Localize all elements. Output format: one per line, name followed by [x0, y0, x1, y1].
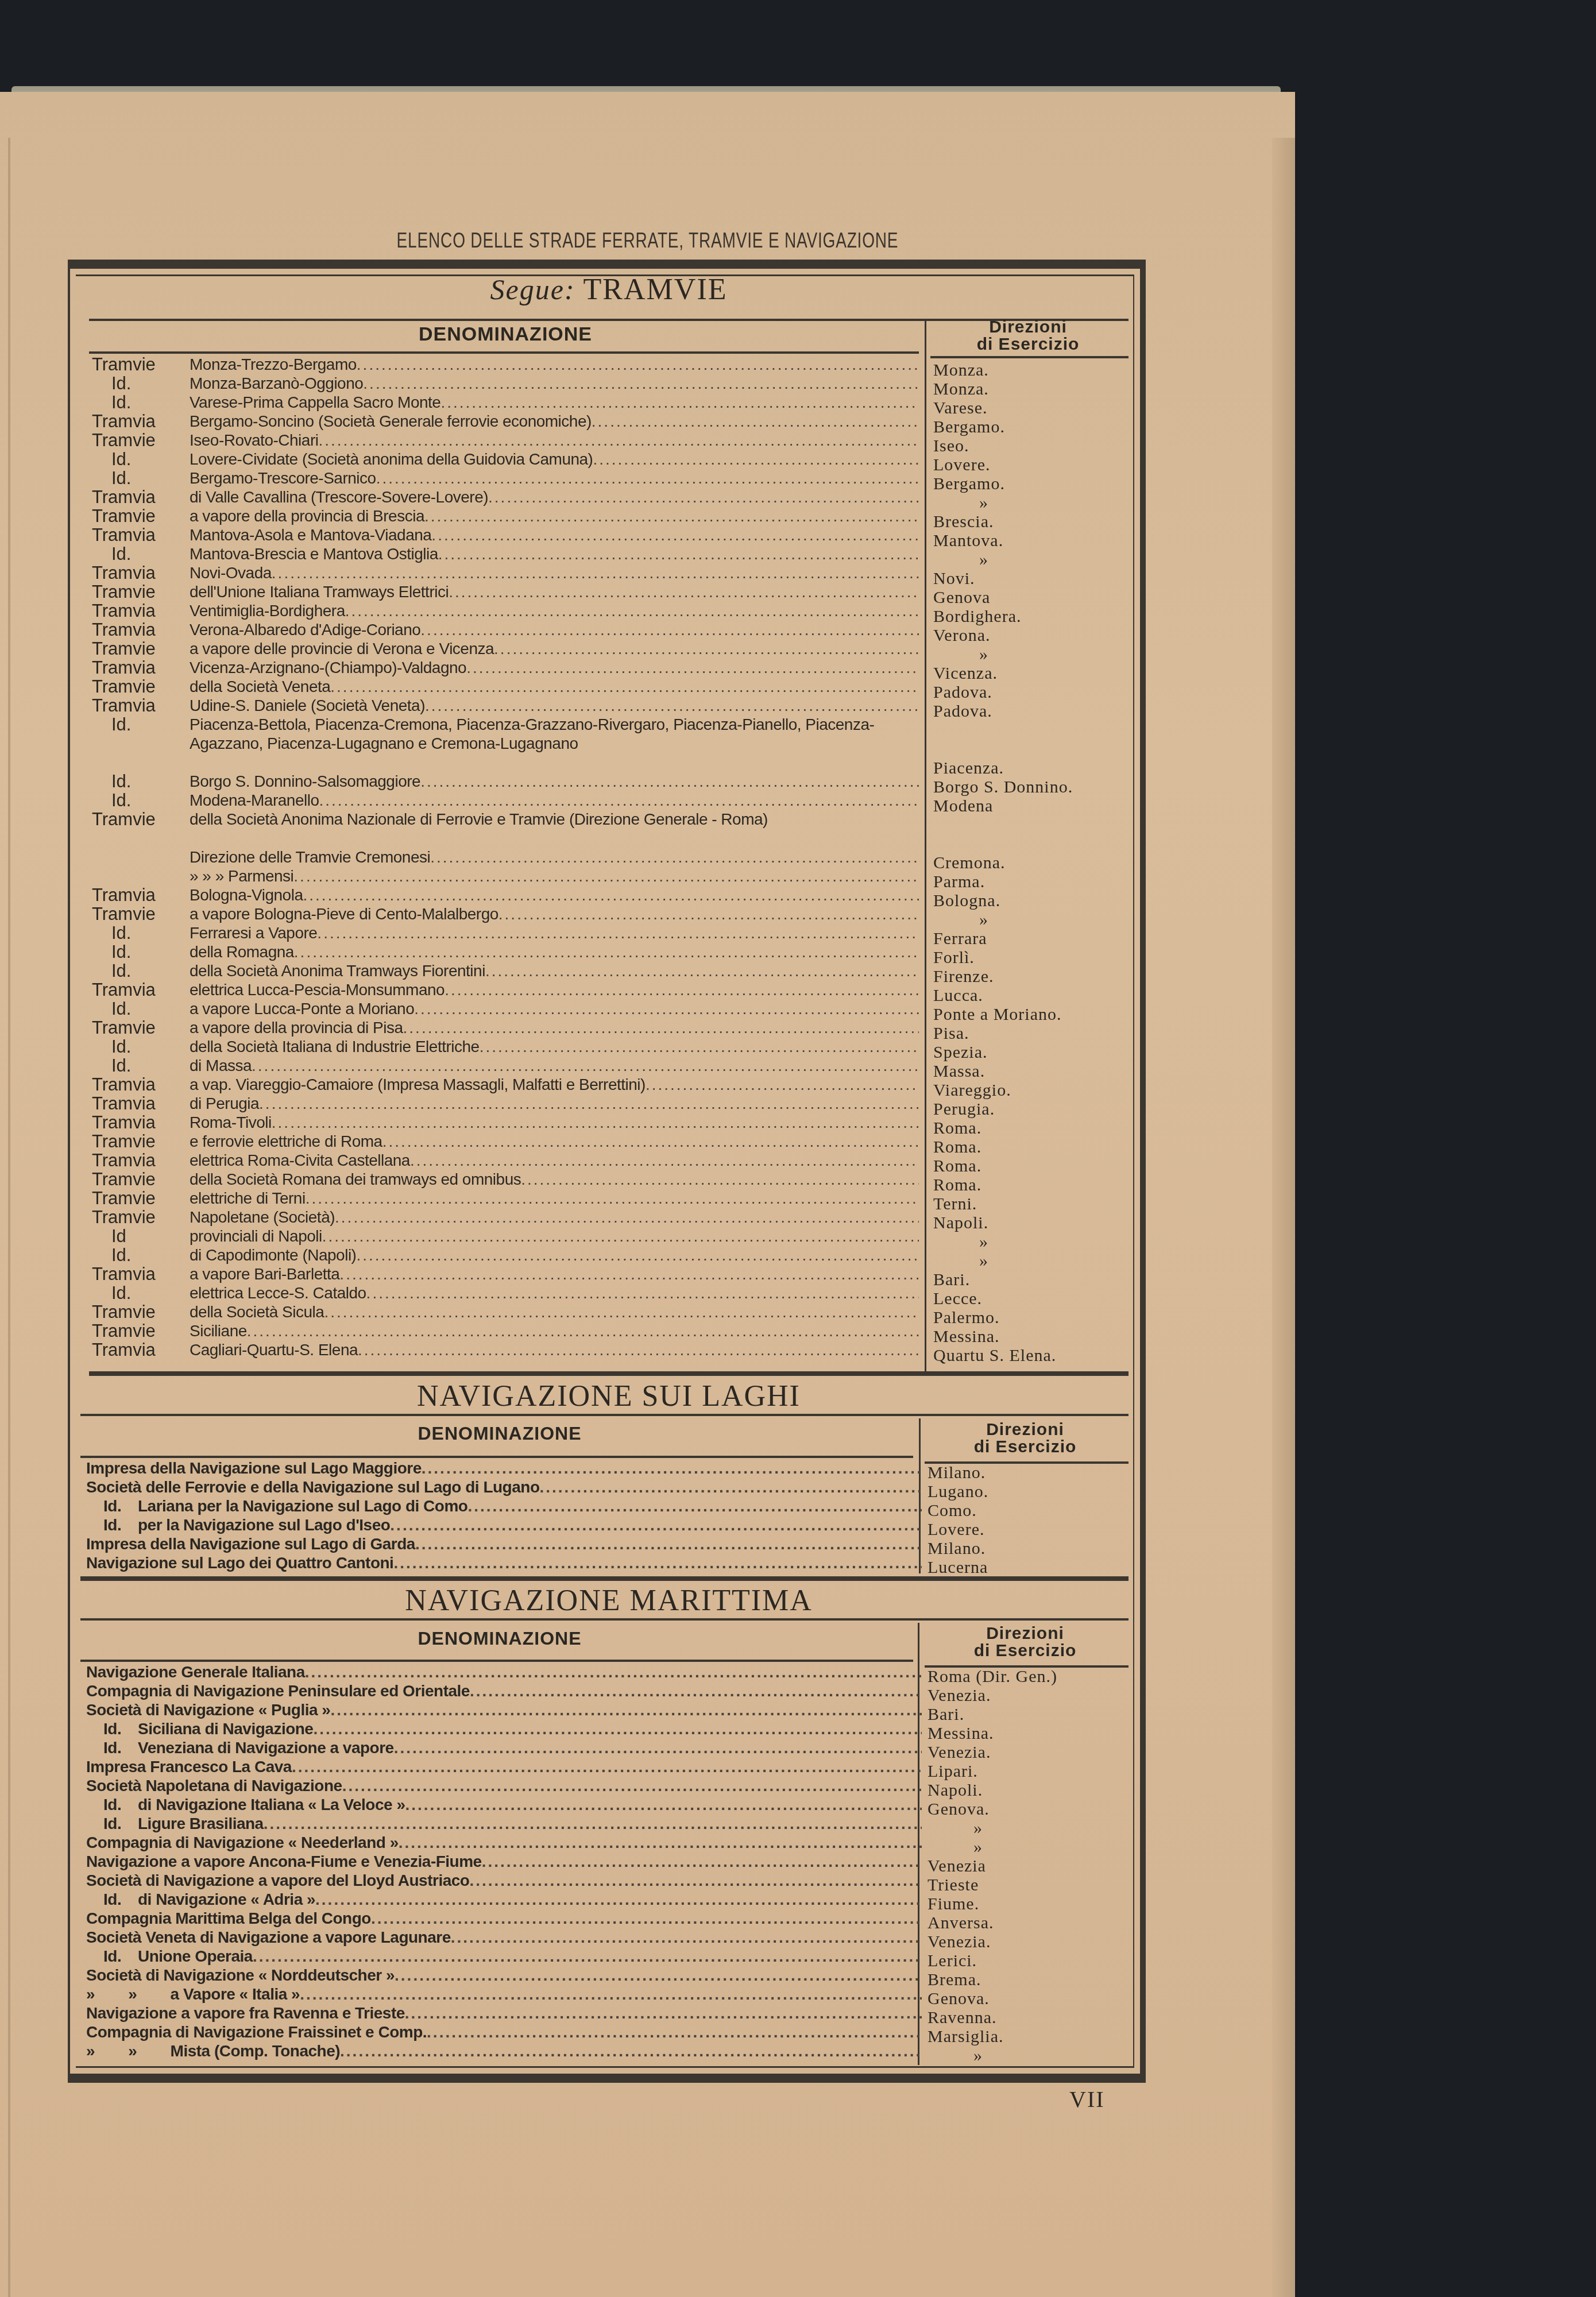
- row-text: Cagliari-Quartu-S. Elena: [190, 1340, 358, 1359]
- direzione-value: Bari.: [933, 1270, 1140, 1289]
- row-prefix: Tramvia: [92, 1075, 190, 1094]
- row-prefix: Tramvia: [92, 601, 190, 620]
- row-text: Udine-S. Daniele (Società Veneta): [190, 696, 425, 715]
- row-denominazione: Monza-Barzanò-Oggiono: [190, 374, 919, 393]
- row-text: Modena-Maranello: [190, 791, 319, 810]
- row-prefix: Tramvie: [92, 1208, 190, 1227]
- dot-leader: [440, 393, 919, 412]
- direzione-value: Novi.: [933, 569, 1140, 588]
- marittima-row: Navigazione a vapore fra Ravenna e Tries…: [86, 2004, 922, 2023]
- direzione-value: »: [933, 1232, 1140, 1251]
- dot-leader: [592, 412, 919, 431]
- row-text: Compagnia Marittima Belga del Congo: [86, 1909, 371, 1928]
- row-denominazione: di Perugia: [190, 1094, 919, 1113]
- row-text: Veneziana di Navigazione a vapore: [138, 1738, 394, 1757]
- dot-leader: [482, 1852, 922, 1871]
- dot-leader: [427, 2023, 922, 2041]
- row-denominazione: Vicenza-Arzignano-(Chiampo)-Valdagno: [190, 658, 919, 677]
- direzione-value: Padova.: [933, 683, 1140, 702]
- spacer: [933, 721, 1140, 740]
- dot-leader: [424, 506, 919, 525]
- row-text: Verona-Albaredo d'Adige-Coriano: [190, 620, 420, 639]
- row-denominazione: provinciali di Napoli: [190, 1227, 919, 1246]
- row-denominazione: Varese-Prima Cappella Sacro Monte: [190, 393, 919, 412]
- direzione-value: Palermo.: [933, 1308, 1140, 1327]
- row-prefix: Id.: [86, 1890, 138, 1909]
- marittima-row: Id.Veneziana di Navigazione a vapore: [86, 1738, 922, 1757]
- row-denominazione: Lovere-Cividate (Società anonima della G…: [190, 450, 919, 469]
- tramvie-row: Direzione delle Tramvie Cremonesi: [92, 848, 919, 867]
- row-denominazione: a vapore Bari-Barletta: [190, 1264, 919, 1283]
- row-denominazione: Novi-Ovada: [190, 563, 919, 582]
- dot-leader: [394, 1738, 922, 1757]
- row-text: Compagnia di Navigazione Peninsulare ed …: [86, 1681, 470, 1700]
- direzione-value: »: [933, 910, 1140, 929]
- row-text: Bergamo-Soncino (Società Generale ferrov…: [190, 412, 592, 431]
- tramvie-row: Tramviedell'Unione Italiana Tramways Ele…: [92, 582, 919, 601]
- tramvie-row: Tramviaa vapore Bari-Barletta: [92, 1264, 919, 1283]
- row-denominazione: della Società Romana dei tramways ed omn…: [190, 1170, 919, 1189]
- dot-leader: [420, 772, 919, 791]
- row-denominazione: Siciliane: [190, 1321, 919, 1340]
- tramvie-row: Id.Varese-Prima Cappella Sacro Monte: [92, 393, 919, 412]
- row-denominazione: a vapore della provincia di Pisa: [190, 1018, 919, 1037]
- row-prefix: Tramvia: [92, 525, 190, 544]
- direzione-value: Venezia.: [928, 1743, 1134, 1762]
- row-prefix: Tramvia: [92, 488, 190, 506]
- direzione-value: Viareggio.: [933, 1081, 1140, 1100]
- row-text: Lariana per la Navigazione sul Lago di C…: [138, 1496, 467, 1515]
- tramvie-row: TramviaRoma-Tivoli: [92, 1113, 919, 1132]
- dot-leader: [356, 1246, 919, 1264]
- dot-leader: [498, 904, 919, 923]
- row-text: Società di Navigazione a vapore del Lloy…: [86, 1871, 469, 1890]
- direzione-value: »: [933, 1251, 1140, 1270]
- row-denominazione: Napoletane (Società): [190, 1208, 919, 1227]
- dot-leader: [345, 601, 919, 620]
- direzione-value: Piacenza.: [933, 759, 1140, 778]
- row-denominazione: Mantova-Brescia e Mantova Ostiglia: [190, 544, 919, 563]
- marittima-row: Compagnia di Navigazione Fraissinet e Co…: [86, 2023, 922, 2041]
- dot-leader: [357, 355, 919, 374]
- section-title-tramvie: Segue: TRAMVIE: [86, 273, 1131, 307]
- row-prefix: Tramvie: [92, 1018, 190, 1037]
- row-text: Società di Navigazione « Norddeutscher »: [86, 1966, 395, 1985]
- row-text: Monza-Barzanò-Oggiono: [190, 374, 363, 393]
- direzione-value: Bologna.: [933, 891, 1140, 910]
- row-denominazione: Verona-Albaredo d'Adige-Coriano: [190, 620, 919, 639]
- row-text: a vapore delle provincie di Verona e Vic…: [190, 639, 494, 658]
- direzione-value: Lecce.: [933, 1289, 1140, 1308]
- row-prefix: Tramvia: [92, 1151, 190, 1170]
- tramvie-row: Id.Ferraresi a Vapore: [92, 923, 919, 942]
- direzione-value: Roma.: [933, 1175, 1140, 1194]
- row-text: Vicenza-Arzignano-(Chiampo)-Valdagno: [190, 658, 466, 677]
- row-text: della Società Anonima Nazionale di Ferro…: [190, 810, 768, 828]
- row-text: Novi-Ovada: [190, 563, 272, 582]
- tramvie-row: TramviaVicenza-Arzignano-(Chiampo)-Valda…: [92, 658, 919, 677]
- dot-leader: [371, 1909, 922, 1928]
- dot-leader: [445, 980, 919, 999]
- page-gutter: [8, 138, 10, 2297]
- row-text: » » » Parmensi: [190, 867, 293, 885]
- row-text: Monza-Trezzo-Bergamo: [190, 355, 357, 374]
- direzione-value: Monza.: [933, 361, 1140, 380]
- dot-leader: [403, 1018, 919, 1037]
- col-dir-line1: Direzioni: [930, 319, 1126, 336]
- section-title-laghi: NAVIGAZIONE SUI LAGHI: [86, 1379, 1131, 1413]
- tramvie-row: Id.Lovere-Cividate (Società anonima dell…: [92, 450, 919, 469]
- laghi-row: Navigazione sul Lago dei Quattro Cantoni: [86, 1553, 922, 1572]
- row-denominazione: Ventimiglia-Bordighera: [190, 601, 919, 620]
- row-denominazione: a vapore Bologna-Pieve di Cento-Malalber…: [190, 904, 919, 923]
- row-denominazione: a vapore Lucca-Ponte a Moriano: [190, 999, 919, 1018]
- row-text: Siciliane: [190, 1321, 247, 1340]
- direzione-value: Bergamo.: [933, 474, 1140, 493]
- direzione-value: Messina.: [928, 1724, 1134, 1743]
- row-text: Mantova-Brescia e Mantova Ostiglia: [190, 544, 438, 563]
- row-text: per la Navigazione sul Lago d'Iseo: [138, 1515, 390, 1534]
- dot-leader: [358, 1340, 919, 1359]
- dot-leader: [300, 1985, 922, 2004]
- tramvie-row: Tramviea vapore della provincia di Bresc…: [92, 506, 919, 525]
- laghi-row: Id.per la Navigazione sul Lago d'Iseo: [86, 1515, 922, 1534]
- row-prefix: Tramvia: [92, 1264, 190, 1283]
- marittima-row: Compagnia di Navigazione Peninsulare ed …: [86, 1681, 922, 1700]
- row-prefix: Id.: [92, 791, 190, 810]
- row-text: della Società Italiana di Industrie Elet…: [190, 1037, 480, 1056]
- direzione-value: Borgo S. Donnino.: [933, 778, 1140, 796]
- title-prefix: Segue:: [490, 273, 575, 306]
- row-prefix: Tramvia: [92, 980, 190, 999]
- row-denominazione: Ferraresi a Vapore: [190, 923, 919, 942]
- col-direzioni-laghi: Direzioni di Esercizio: [925, 1421, 1126, 1456]
- row-denominazione: a vapore della provincia di Brescia: [190, 506, 919, 525]
- row-denominazione: Roma-Tivoli: [190, 1113, 919, 1132]
- row-text: » » a Vapore « Italia »: [86, 1985, 300, 2004]
- marittima-row: Navigazione Generale Italiana: [86, 1662, 922, 1681]
- dot-leader: [340, 2041, 922, 2060]
- laghi-direzioni-list: Milano.Lugano.Como.Lovere.Milano.Lucerna: [928, 1463, 1134, 1577]
- row-text: Direzione delle Tramvie Cremonesi: [190, 848, 430, 867]
- col-direzioni-marittima: Direzioni di Esercizio: [925, 1625, 1126, 1660]
- tramvie-row: Tramviedella Società Sicula: [92, 1302, 919, 1321]
- dot-leader: [422, 1459, 922, 1478]
- row-prefix: Tramvie: [92, 431, 190, 450]
- tramvie-row: Id.di Capodimonte (Napoli): [92, 1246, 919, 1264]
- tramvie-row: Tramviea vapore Bologna-Pieve di Cento-M…: [92, 904, 919, 923]
- direzione-value: Milano.: [928, 1539, 1134, 1558]
- row-prefix: Id.: [92, 450, 190, 469]
- direzione-value: Ponte a Moriano.: [933, 1005, 1140, 1024]
- row-prefix: Tramvia: [92, 412, 190, 431]
- title-text: TRAMVIE: [583, 273, 728, 306]
- dot-leader: [247, 1321, 919, 1340]
- tramvie-row: Tramviea vapore della provincia di Pisa: [92, 1018, 919, 1037]
- marittima-row: Id.Siciliana di Navigazione: [86, 1719, 922, 1738]
- row-prefix: Tramvie: [92, 582, 190, 601]
- marittima-row: Compagnia di Navigazione « Neederland »: [86, 1833, 922, 1852]
- col-denominazione-tramvie: DENOMINAZIONE: [92, 323, 919, 346]
- row-text: della Società Veneta: [190, 677, 330, 696]
- dot-leader: [405, 1795, 922, 1814]
- direzione-value: »: [928, 1819, 1134, 1838]
- direzione-value: »: [928, 1838, 1134, 1857]
- row-text: Ferraresi a Vapore: [190, 923, 317, 942]
- direzione-value: »: [933, 645, 1140, 664]
- marittima-row: Id.Ligure Brasiliana: [86, 1814, 922, 1833]
- direzione-value: Varese.: [933, 399, 1140, 417]
- tramvie-row: » » » Parmensi: [92, 867, 919, 885]
- row-denominazione: elettriche di Terni: [190, 1189, 919, 1208]
- marittima-row: Compagnia Marittima Belga del Congo: [86, 1909, 922, 1928]
- direzione-value: »: [933, 493, 1140, 512]
- direzione-value: Pisa.: [933, 1024, 1140, 1043]
- row-text: Napoletane (Società): [190, 1208, 335, 1227]
- col-dir-line2: di Esercizio: [925, 1438, 1126, 1456]
- tramvie-row: TramvieMonza-Trezzo-Bergamo: [92, 355, 919, 374]
- section-title-marittima: NAVIGAZIONE MARITTIMA: [86, 1584, 1131, 1618]
- row-denominazione: Direzione delle Tramvie Cremonesi: [190, 848, 919, 867]
- tramvie-row: Tramviaelettrica Roma-Civita Castellana: [92, 1151, 919, 1170]
- row-denominazione: Udine-S. Daniele (Società Veneta): [190, 696, 919, 715]
- col-dir-line2: di Esercizio: [925, 1642, 1126, 1660]
- dot-leader: [521, 1170, 919, 1189]
- dot-leader: [272, 1113, 919, 1132]
- direzione-value: Brema.: [928, 1970, 1134, 1989]
- row-text: Compagnia di Navigazione « Neederland »: [86, 1833, 399, 1852]
- direzione-value: Como.: [928, 1501, 1134, 1520]
- direzione-value: Terni.: [933, 1194, 1140, 1213]
- dot-leader: [318, 431, 919, 450]
- direzione-value: Massa.: [933, 1062, 1140, 1081]
- dot-leader: [313, 1719, 922, 1738]
- direzione-value: Perugia.: [933, 1100, 1140, 1119]
- direzione-value: Roma.: [933, 1138, 1140, 1157]
- row-text: elettrica Lucca-Pescia-Monsummano: [190, 980, 445, 999]
- row-prefix: Id.: [92, 393, 190, 412]
- row-denominazione: a vapore delle provincie di Verona e Vic…: [190, 639, 919, 658]
- col-dir-line1: Direzioni: [925, 1421, 1126, 1438]
- dot-leader: [395, 1966, 922, 1985]
- row-text: provinciali di Napoli: [190, 1227, 322, 1246]
- dot-leader: [319, 791, 919, 810]
- row-prefix: Tramvie: [92, 904, 190, 923]
- row-text: di Massa: [190, 1056, 252, 1075]
- col-direzioni-tramvie: Direzioni di Esercizio: [930, 319, 1126, 353]
- dot-leader: [470, 1681, 922, 1700]
- row-denominazione: Bergamo-Trescore-Sarnico: [190, 469, 919, 488]
- row-text: Società delle Ferrovie e della Navigazio…: [86, 1478, 539, 1496]
- row-prefix: Id.: [86, 1947, 138, 1966]
- marittima-row: » » a Vapore « Italia »: [86, 1985, 922, 2004]
- row-text: Borgo S. Donnino-Salsomaggiore: [190, 772, 420, 791]
- dot-leader: [593, 450, 919, 469]
- tramvie-row: TramvieIseo-Rovato-Chiari: [92, 431, 919, 450]
- dot-leader: [294, 942, 919, 961]
- row-denominazione: Bologna-Vignola: [190, 885, 919, 904]
- row-prefix: Tramvie: [92, 355, 190, 374]
- row-text: a vapore Bologna-Pieve di Cento-Malalber…: [190, 904, 498, 923]
- direzione-value: Bari.: [928, 1705, 1134, 1724]
- direzione-value: Napoli.: [928, 1781, 1134, 1800]
- direzione-value: Roma (Dir. Gen.): [928, 1667, 1134, 1686]
- row-text: elettrica Roma-Civita Castellana: [190, 1151, 410, 1170]
- row-denominazione: di Valle Cavallina (Trescore-Sovere-Love…: [190, 488, 919, 506]
- column-divider: [925, 319, 926, 1372]
- tramvie-row: TramviaBergamo-Soncino (Società Generale…: [92, 412, 919, 431]
- tramvie-row: Tramviedella Società Anonima Nazionale d…: [92, 810, 919, 848]
- row-denominazione: elettrica Roma-Civita Castellana: [190, 1151, 919, 1170]
- dot-leader: [363, 374, 919, 393]
- marittima-direzioni-list: Roma (Dir. Gen.)Venezia.Bari.Messina.Ven…: [928, 1667, 1134, 2065]
- laghi-row: Id.Lariana per la Navigazione sul Lago d…: [86, 1496, 922, 1515]
- row-denominazione: e ferrovie elettriche di Roma: [190, 1132, 919, 1151]
- dot-leader: [430, 848, 919, 867]
- row-prefix: Tramvie: [92, 1302, 190, 1321]
- marittima-row: » » Mista (Comp. Tonache): [86, 2041, 922, 2060]
- tramvie-row: TramviaCagliari-Quartu-S. Elena: [92, 1340, 919, 1359]
- spacer: [933, 740, 1140, 759]
- direzione-value: Lucca.: [933, 986, 1140, 1005]
- direzione-value: Brescia.: [933, 512, 1140, 531]
- row-prefix: Tramvie: [92, 1170, 190, 1189]
- dot-leader: [480, 1037, 919, 1056]
- row-denominazione: Modena-Maranello: [190, 791, 919, 810]
- row-text: di Valle Cavallina (Trescore-Sovere-Love…: [190, 488, 488, 506]
- row-prefix: Tramvie: [92, 1321, 190, 1340]
- dot-leader: [399, 1833, 922, 1852]
- dot-leader: [342, 1776, 922, 1795]
- dot-leader: [330, 677, 919, 696]
- row-prefix: Tramvie: [92, 1189, 190, 1208]
- tramvie-row: Tramviaelettrica Lucca-Pescia-Monsummano: [92, 980, 919, 999]
- dot-leader: [494, 639, 919, 658]
- dot-leader: [646, 1075, 919, 1094]
- row-prefix: Id.: [92, 544, 190, 563]
- row-text: Compagnia di Navigazione Fraissinet e Co…: [86, 2023, 427, 2041]
- row-text: Navigazione a vapore Ancona-Fiume e Vene…: [86, 1852, 482, 1871]
- laghi-list: Impresa della Navigazione sul Lago Maggi…: [86, 1459, 922, 1572]
- dot-leader: [414, 999, 919, 1018]
- tramvie-list: TramvieMonza-Trezzo-BergamoId.Monza-Barz…: [92, 355, 919, 1359]
- dot-leader: [405, 2004, 922, 2023]
- direzione-value: Lugano.: [928, 1482, 1134, 1501]
- direzione-value: Roma.: [933, 1157, 1140, 1175]
- direzione-value: Marsiglia.: [928, 2027, 1134, 2046]
- row-text: Varese-Prima Cappella Sacro Monte: [190, 393, 440, 412]
- row-text: della Società Anonima Tramways Fiorentin…: [190, 961, 485, 980]
- direzione-value: Forlì.: [933, 948, 1140, 967]
- direzione-value: Roma.: [933, 1119, 1140, 1138]
- col-denominazione-marittima: DENOMINAZIONE: [86, 1628, 913, 1649]
- row-text: Bologna-Vignola: [190, 885, 303, 904]
- direzione-value: »: [933, 550, 1140, 569]
- marittima-row: Società di Navigazione « Puglia »: [86, 1700, 922, 1719]
- rule: [80, 1576, 1129, 1581]
- direzione-value: Lovere.: [928, 1520, 1134, 1539]
- laghi-row: Impresa della Navigazione sul Lago di Ga…: [86, 1534, 922, 1553]
- marittima-row: Id.di Navigazione « Adria »: [86, 1890, 922, 1909]
- row-prefix: Tramvia: [92, 885, 190, 904]
- direzione-value: Verona.: [933, 626, 1140, 645]
- marittima-row: Società di Navigazione a vapore del Lloy…: [86, 1871, 922, 1890]
- marittima-list: Navigazione Generale ItalianaCompagnia d…: [86, 1662, 922, 2060]
- tramvie-row: Tramvieelettriche di Terni: [92, 1189, 919, 1208]
- row-denominazione: elettrica Lecce-S. Cataldo: [190, 1283, 919, 1302]
- row-denominazione: » » » Parmensi: [190, 867, 919, 885]
- tramvie-row: Id.Piacenza-Bettola, Piacenza-Cremona, P…: [92, 715, 919, 772]
- row-text: di Capodimonte (Napoli): [190, 1246, 356, 1264]
- dot-leader: [330, 1700, 922, 1719]
- rule: [89, 1371, 1129, 1376]
- tramvie-row: Tramviadi Perugia: [92, 1094, 919, 1113]
- direzione-value: Bergamo.: [933, 417, 1140, 436]
- rule: [930, 356, 1129, 358]
- row-text: Piacenza-Bettola, Piacenza-Cremona, Piac…: [190, 716, 874, 752]
- row-text: Navigazione a vapore fra Ravenna e Tries…: [86, 2004, 405, 2023]
- tramvie-row: Id.Mantova-Brescia e Mantova Ostiglia: [92, 544, 919, 563]
- col-dir-line2: di Esercizio: [930, 336, 1126, 353]
- rule: [89, 351, 919, 354]
- tramvie-row: Id.Modena-Maranello: [92, 791, 919, 810]
- rule: [80, 1456, 913, 1458]
- dot-leader: [317, 923, 919, 942]
- row-prefix: Tramvia: [92, 620, 190, 639]
- dot-leader: [485, 961, 919, 980]
- tramvie-row: Id.a vapore Lucca-Ponte a Moriano: [92, 999, 919, 1018]
- row-prefix: Id.: [92, 1056, 190, 1075]
- laghi-row: Società delle Ferrovie e della Navigazio…: [86, 1478, 922, 1496]
- row-prefix: Tramvia: [92, 696, 190, 715]
- row-prefix: Tramvie: [92, 810, 190, 848]
- dot-leader: [382, 1132, 919, 1151]
- row-prefix: Id.: [92, 469, 190, 488]
- row-text: Unione Operaia: [138, 1947, 253, 1966]
- dot-leader: [305, 1662, 922, 1681]
- row-text: Bergamo-Trescore-Sarnico: [190, 469, 376, 488]
- dot-leader: [410, 1151, 919, 1170]
- rule: [80, 1414, 1129, 1416]
- tramvie-row: TramviaMantova-Asola e Mantova-Viadana: [92, 525, 919, 544]
- row-prefix: Tramvia: [92, 1340, 190, 1359]
- direzione-value: »: [928, 2046, 1134, 2065]
- row-text: Impresa della Navigazione sul Lago di Ga…: [86, 1534, 415, 1553]
- row-prefix: Id.: [92, 923, 190, 942]
- row-prefix: Id.: [86, 1814, 138, 1833]
- row-text: di Perugia: [190, 1094, 259, 1113]
- tramvie-row: Tramviadi Valle Cavallina (Trescore-Sove…: [92, 488, 919, 506]
- row-denominazione: a vap. Viareggio-Camaiore (Impresa Massa…: [190, 1075, 919, 1094]
- dot-leader: [425, 696, 919, 715]
- row-denominazione: elettrica Lucca-Pescia-Monsummano: [190, 980, 919, 999]
- row-denominazione: Borgo S. Donnino-Salsomaggiore: [190, 772, 919, 791]
- row-prefix: [92, 848, 190, 867]
- direzione-value: Genova.: [928, 1800, 1134, 1819]
- row-denominazione: Monza-Trezzo-Bergamo: [190, 355, 919, 374]
- row-text: di Navigazione « Adria »: [138, 1890, 315, 1909]
- dot-leader: [393, 1553, 922, 1572]
- row-denominazione: della Società Veneta: [190, 677, 919, 696]
- row-text: della Società Romana dei tramways ed omn…: [190, 1170, 521, 1189]
- row-prefix: Id.: [92, 1246, 190, 1264]
- row-text: » » Mista (Comp. Tonache): [86, 2041, 340, 2060]
- tramvie-row: TramviaVerona-Albaredo d'Adige-Coriano: [92, 620, 919, 639]
- marittima-row: Id.di Navigazione Italiana « La Veloce »: [86, 1795, 922, 1814]
- row-denominazione: Mantova-Asola e Mantova-Viadana: [190, 525, 919, 544]
- row-prefix: Id.: [86, 1795, 138, 1814]
- row-denominazione: della Società Anonima Tramways Fiorentin…: [190, 961, 919, 980]
